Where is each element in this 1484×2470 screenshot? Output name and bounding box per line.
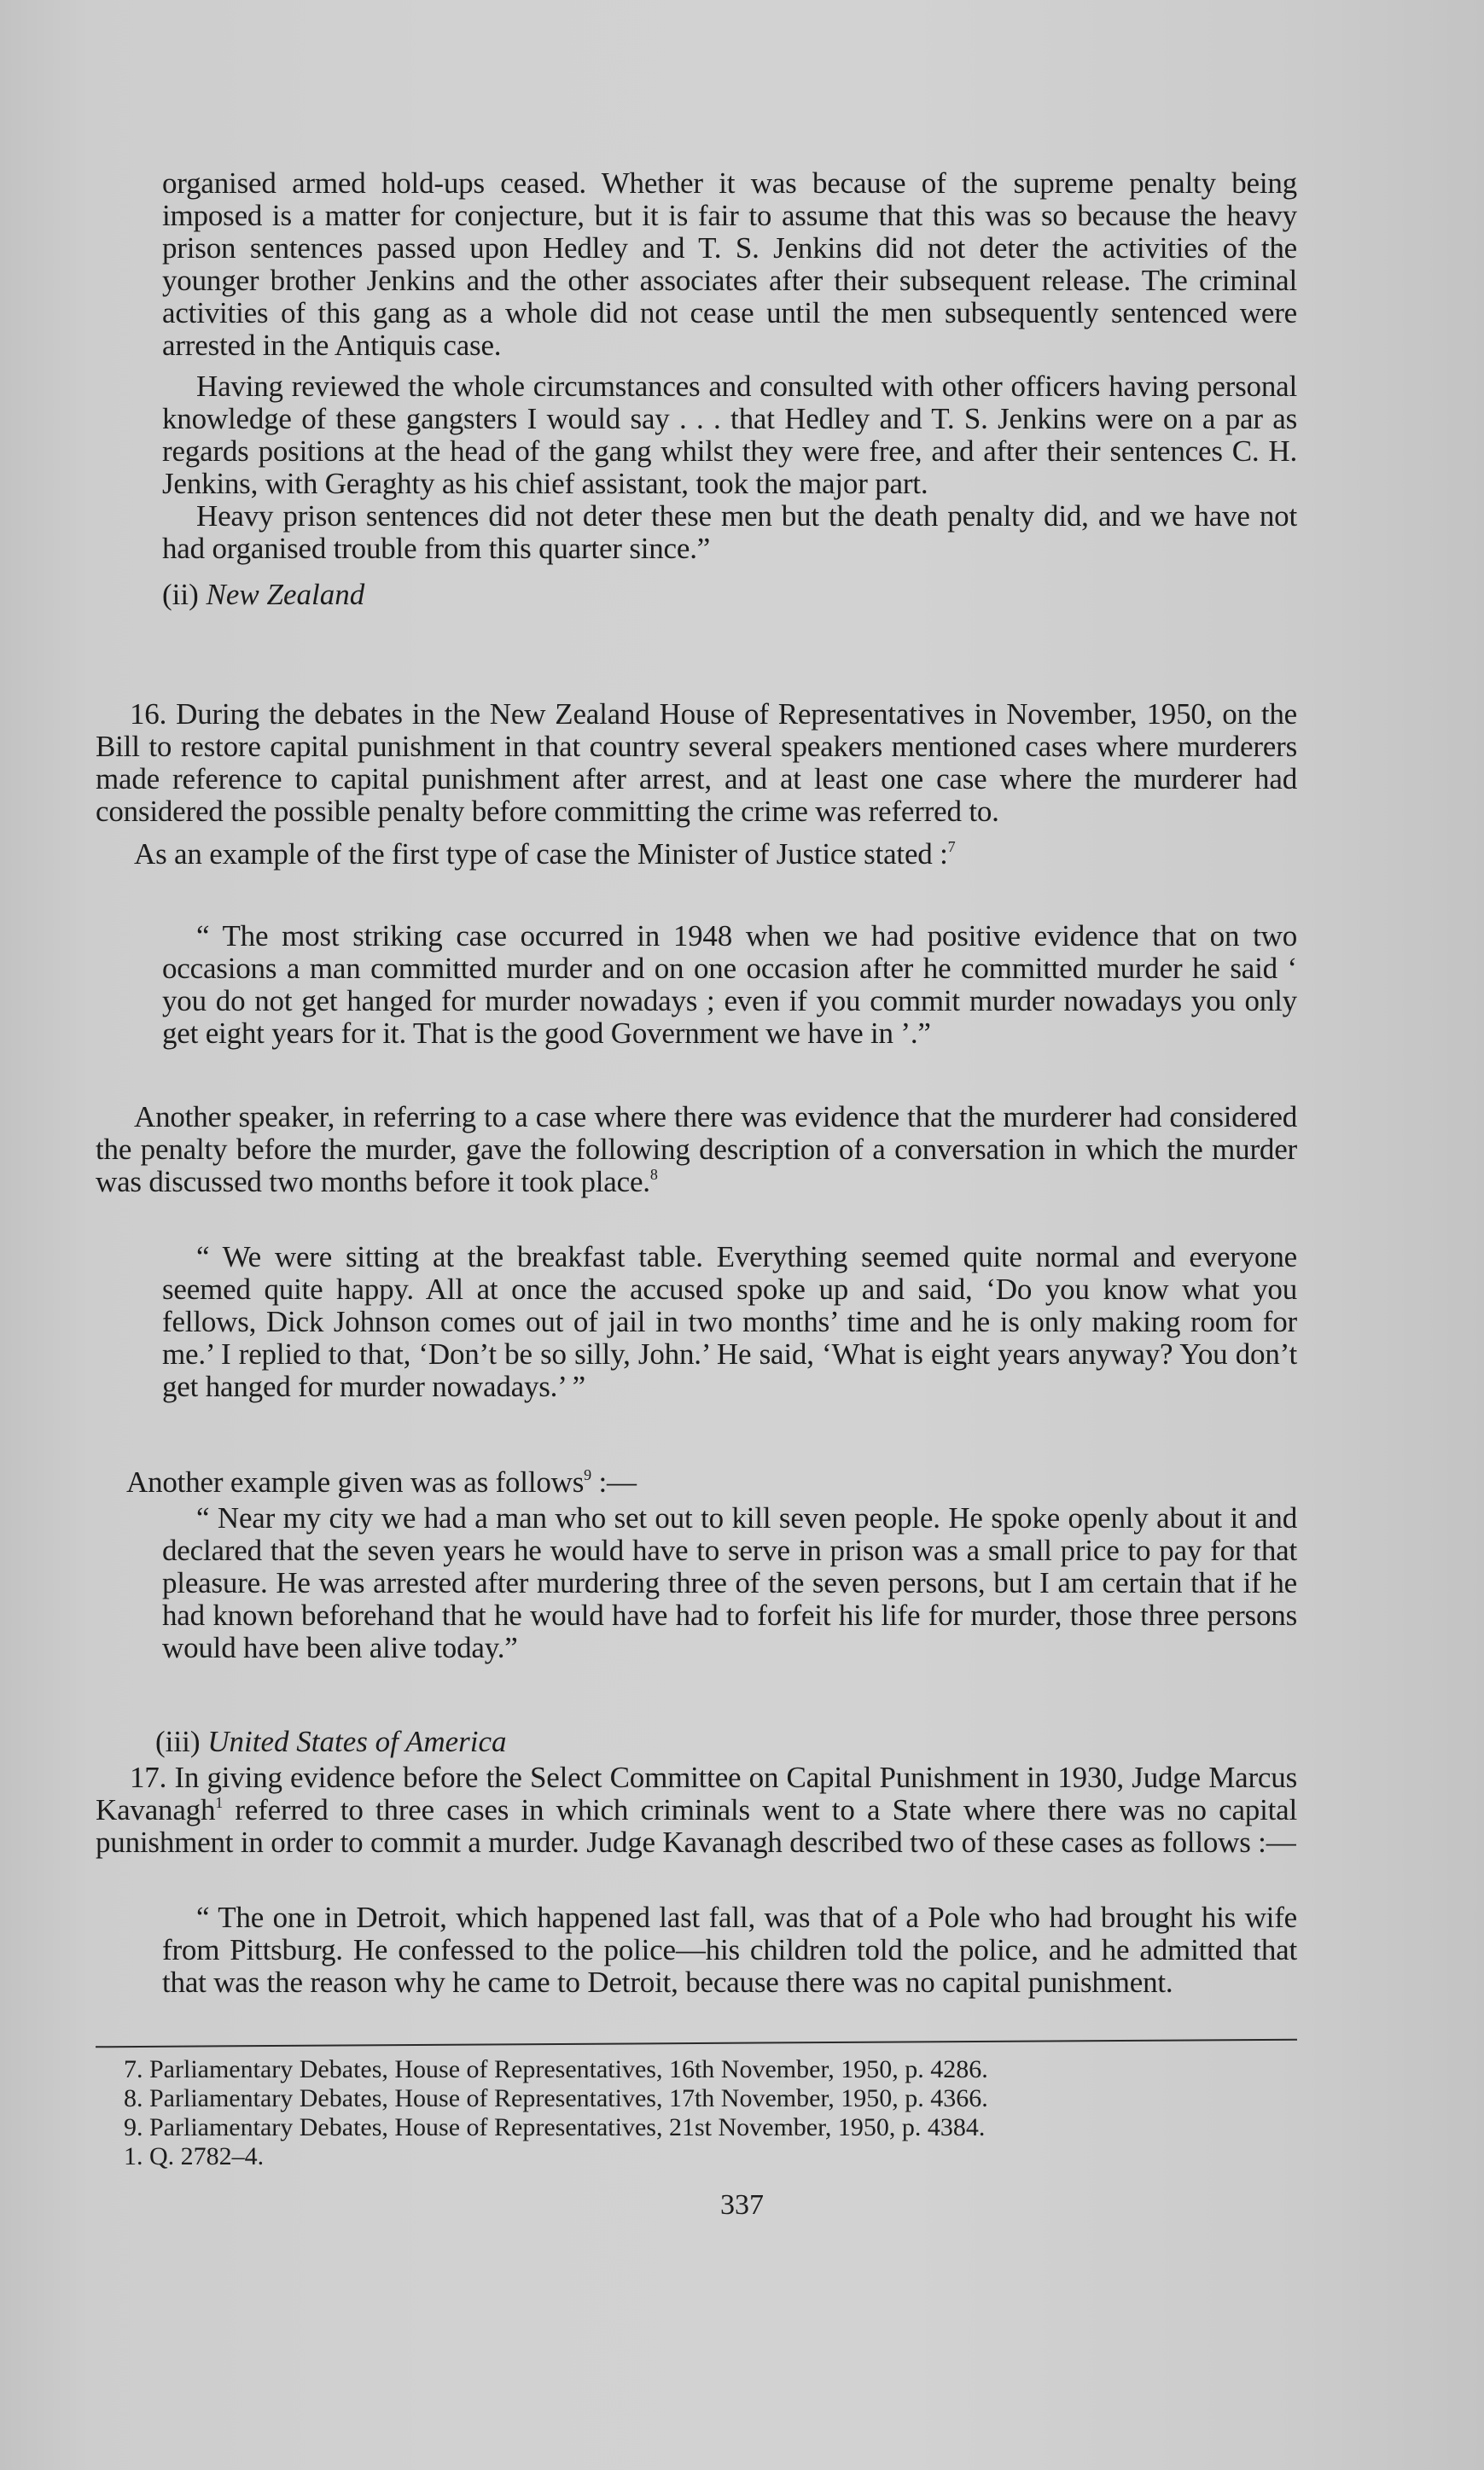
- paragraph-minister: As an example of the first type of case …: [96, 838, 1297, 871]
- footnote-ref-1: 1: [215, 1794, 223, 1811]
- quote-block-3: “ Near my city we had a man who set out …: [162, 1502, 1297, 1664]
- body-text-another-speaker: Another speaker, in referring to a case …: [96, 1101, 1297, 1198]
- section-number: (ii): [162, 578, 199, 611]
- body-text-nz: 16. During the debates in the New Zealan…: [96, 698, 1297, 871]
- quote-minister: “ The most striking case occurred in 194…: [162, 920, 1297, 1050]
- quote-breakfast: “ We were sitting at the breakfast table…: [162, 1241, 1297, 1403]
- quote-detroit: “ The one in Detroit, which happened las…: [162, 1902, 1297, 1999]
- footnotes: 7. Parliamentary Debates, House of Repre…: [124, 2055, 1233, 2171]
- section-number: (iii): [155, 1725, 200, 1758]
- quote-block-1: “ The most striking case occurred in 194…: [162, 920, 1297, 1050]
- footnote-divider: [96, 2039, 1297, 2048]
- footnote-7: 7. Parliamentary Debates, House of Repre…: [124, 2055, 1233, 2084]
- footnote-1: 1. Q. 2782–4.: [124, 2142, 1233, 2171]
- body-text: organised armed hold-ups ceased. Whether…: [162, 167, 1297, 611]
- paragraph-review: Having reviewed the whole circumstances …: [162, 370, 1297, 500]
- quote-block-4: “ The one in Detroit, which happened las…: [162, 1902, 1297, 1999]
- paragraph-heavy-sentences: Heavy prison sentences did not deter the…: [162, 500, 1297, 565]
- body-text-usa: 17. In giving evidence before the Select…: [96, 1762, 1297, 1859]
- body-text-example: Another example given was as follows9 :—: [126, 1466, 1297, 1499]
- footnote-8: 8. Parliamentary Debates, House of Repre…: [124, 2084, 1233, 2113]
- paragraph-16: 16. During the debates in the New Zealan…: [96, 698, 1297, 828]
- section-heading-new-zealand: (ii) New Zealand: [162, 579, 1297, 611]
- document-page: organised armed hold-ups ceased. Whether…: [0, 0, 1484, 2470]
- quote-seven-people: “ Near my city we had a man who set out …: [162, 1502, 1297, 1664]
- paragraph-another-example: Another example given was as follows9 :—: [126, 1466, 1297, 1499]
- section-heading-usa: (iii) United States of America: [155, 1726, 1290, 1758]
- footnote-ref-9: 9: [584, 1466, 591, 1483]
- footnote-ref-8: 8: [650, 1166, 658, 1183]
- footnote-ref-7: 7: [948, 838, 956, 855]
- paragraph-continuation: organised armed hold-ups ceased. Whether…: [162, 167, 1297, 362]
- paragraph-another-speaker: Another speaker, in referring to a case …: [96, 1101, 1297, 1198]
- section-title: United States of America: [207, 1725, 506, 1758]
- section-title: New Zealand: [207, 578, 365, 611]
- paragraph-17: 17. In giving evidence before the Select…: [96, 1762, 1297, 1859]
- minister-text: As an example of the first type of case …: [134, 837, 948, 871]
- quote-block-2: “ We were sitting at the breakfast table…: [162, 1241, 1297, 1403]
- footnote-9: 9. Parliamentary Debates, House of Repre…: [124, 2113, 1233, 2142]
- page-number: 337: [0, 2189, 1484, 2222]
- section-heading-usa-wrap: (iii) United States of America: [155, 1726, 1290, 1758]
